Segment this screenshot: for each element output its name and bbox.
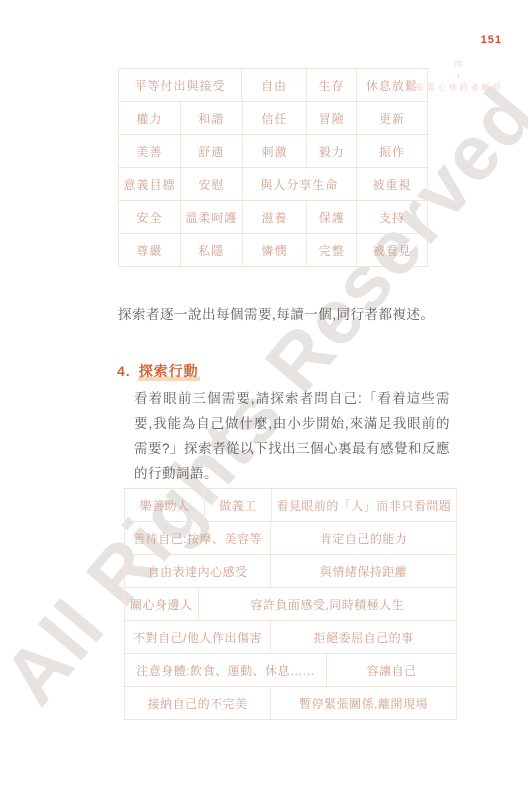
- table-cell: 支持: [357, 201, 428, 233]
- section-number: 4.: [117, 363, 131, 379]
- table-cell: 拒絕委屈自己的事: [271, 621, 457, 653]
- table-cell: 毅力: [307, 135, 357, 167]
- table-cell: 完整: [307, 234, 357, 266]
- table-cell: 平等付出與接受: [119, 69, 242, 101]
- table-cell: 保護: [307, 201, 357, 233]
- table-cell: 被重視: [357, 168, 428, 200]
- table-row: 尊嚴私隱憐憫完整被看見: [118, 234, 428, 267]
- table-cell: 憐憫: [243, 234, 308, 266]
- table-cell: 休息放鬆: [357, 69, 428, 101]
- table-cell: 看見眼前的「人」而非只看問題: [272, 489, 457, 521]
- table-cell: 刺激: [243, 135, 308, 167]
- table-cell: 善待自己:按摩、美容等: [125, 522, 271, 554]
- table-row: 美善舒適刺激毅力振作: [118, 135, 428, 168]
- table-row: 意義目標安慰與人分享生命被重視: [118, 168, 428, 201]
- table-cell: 容讓自己: [327, 654, 457, 686]
- table-cell: 自由表達內心感受: [125, 555, 271, 587]
- table-cell: 做義工: [205, 489, 272, 521]
- table-row: 安全溫柔呵護滋養保護支持: [118, 201, 428, 234]
- table-cell: 與人分享生命: [243, 168, 357, 200]
- section-title: 探索行動: [138, 363, 200, 381]
- table-cell: 信任: [243, 102, 308, 134]
- table-cell: 被看見: [357, 234, 428, 266]
- table-cell: 私隱: [181, 234, 243, 266]
- table-cell: 尊嚴: [119, 234, 181, 266]
- table-cell: 生存: [307, 69, 357, 101]
- table-cell: 樂善助人: [125, 489, 205, 521]
- table-row: 接納自己的不完美暫停緊張關係,離開現場: [124, 687, 457, 720]
- table-cell: 安慰: [181, 168, 243, 200]
- table-cell: 冒險: [307, 102, 357, 134]
- book-page: All Rights Reserved 151 四 照顧者的身心需要 平等付出與…: [0, 0, 528, 792]
- table-cell: 權力: [119, 102, 181, 134]
- table-cell: 肯定自己的能力: [271, 522, 457, 554]
- table-cell: 和諧: [181, 102, 243, 134]
- table-cell: 溫柔呵護: [181, 201, 243, 233]
- table-cell: 意義目標: [119, 168, 181, 200]
- table-cell: 更新: [357, 102, 428, 134]
- table-row: 權力和諧信任冒險更新: [118, 102, 428, 135]
- table-cell: 注意身體:飲食、運動、休息……: [125, 654, 327, 686]
- table-cell: 接納自己的不完美: [125, 687, 271, 719]
- table-cell: 自由: [242, 69, 307, 101]
- table-cell: 關心身邊人: [125, 588, 199, 620]
- page-number: 151: [481, 34, 502, 46]
- table-row: 自由表達內心感受與情緒保持距離: [124, 555, 457, 588]
- needs-table: 平等付出與接受自由生存休息放鬆權力和諧信任冒險更新美善舒適刺激毅力振作意義目標安…: [118, 68, 428, 267]
- table-cell: 安全: [119, 201, 181, 233]
- intro-text: 探索者逐一說出每個需要,每讀一個,同行者都複述。: [118, 303, 458, 323]
- table-cell: 滋養: [243, 201, 308, 233]
- table-row: 樂善助人做義工看見眼前的「人」而非只看問題: [124, 489, 457, 522]
- table-row: 善待自己:按摩、美容等肯定自己的能力: [124, 522, 457, 555]
- section-heading: 4.探索行動: [117, 361, 200, 381]
- chapter-number: 四: [453, 60, 464, 70]
- table-cell: 舒適: [181, 135, 243, 167]
- table-cell: 容許負面感受,同時積極人生: [199, 588, 457, 620]
- table-cell: 暫停緊張關係,離開現場: [271, 687, 457, 719]
- table-row: 平等付出與接受自由生存休息放鬆: [118, 69, 428, 102]
- table-cell: 與情緒保持距離: [271, 555, 457, 587]
- sidebar-divider: [458, 75, 459, 78]
- table-row: 關心身邊人容許負面感受,同時積極人生: [124, 588, 457, 621]
- table-cell: 美善: [119, 135, 181, 167]
- actions-table: 樂善助人做義工看見眼前的「人」而非只看問題善待自己:按摩、美容等肯定自己的能力自…: [124, 488, 457, 720]
- table-cell: 振作: [357, 135, 428, 167]
- table-cell: 不對自己/他人作出傷害: [125, 621, 271, 653]
- section-paragraph: 看着眼前三個需要,請探索者問自己:「看着這些需要,我能為自己做什麼,由小步開始,…: [134, 386, 450, 486]
- table-row: 不對自己/他人作出傷害拒絕委屈自己的事: [124, 621, 457, 654]
- table-row: 注意身體:飲食、運動、休息……容讓自己: [124, 654, 457, 687]
